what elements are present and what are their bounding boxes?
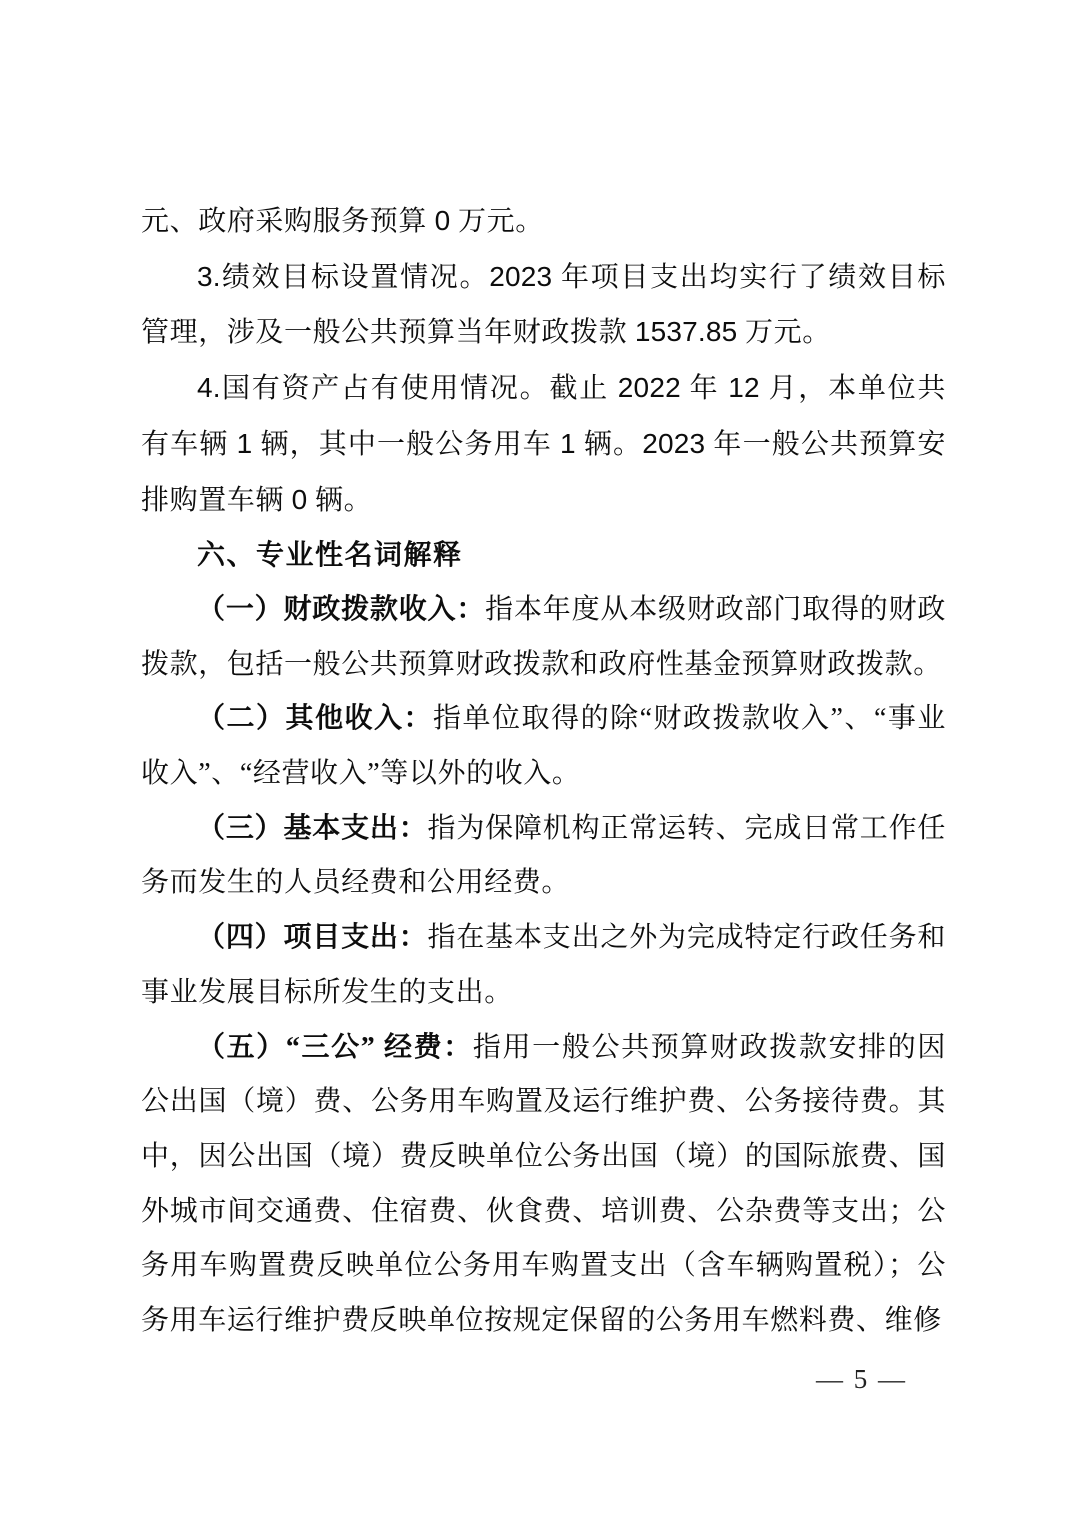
body-text: 元、政府采购服务预算 0 万元。 <box>141 206 544 237</box>
para-term-1-fiscal-appropriation-income: （一）财政拨款收入：指本年度从本级财政部门取得的财政拨款，包括一般公共预算财政拨… <box>141 583 946 692</box>
body-text: 4.国有资产占有使用情况。截止 2022 年 12 月，本单位共有车辆 1 辆，… <box>141 373 946 515</box>
numeric-text: 3. <box>197 261 221 292</box>
numeric-text: 4. <box>197 372 221 403</box>
numeric-text: 2023 <box>642 428 705 459</box>
numeric-text: 0 <box>435 205 451 236</box>
heading-section-six-terms: 六、专业性名词解释 <box>141 528 946 583</box>
term-label: （四）项目支出： <box>197 922 428 953</box>
para-4-state-assets: 4.国有资产占有使用情况。截止 2022 年 12 月，本单位共有车辆 1 辆，… <box>141 361 946 528</box>
para-term-5-three-public-funds: （五）“三公” 经费：指用一般公共预算财政拨款安排的因公出国（境）费、公务用车购… <box>141 1021 946 1349</box>
term-label: （一）财政拨款收入： <box>197 594 485 625</box>
document-page: 元、政府采购服务预算 0 万元。3.绩效目标设置情况。2023 年项目支出均实行… <box>0 0 1074 1520</box>
page-number: — 5 — <box>816 1364 907 1395</box>
term-label: （二）其他收入： <box>197 703 433 734</box>
para-term-4-project-expenditure: （四）项目支出：指在基本支出之外为完成特定行政任务和事业发展目标所发生的支出。 <box>141 911 946 1020</box>
term-label: （三）基本支出： <box>197 813 428 844</box>
para-term-2-other-income: （二）其他收入：指单位取得的除“财政拨款收入”、“事业收入”、“经营收入”等以外… <box>141 692 946 801</box>
body-text: 3.绩效目标设置情况。2023 年项目支出均实行了绩效目标管理，涉及一般公共预算… <box>141 262 946 349</box>
numeric-text: 1537.85 <box>635 316 738 347</box>
para-term-3-basic-expenditure: （三）基本支出：指为保障机构正常运转、完成日常工作任务而发生的人员经费和公用经费… <box>141 802 946 911</box>
term-label: （五）“三公” 经费： <box>197 1032 473 1063</box>
numeric-text: 0 <box>292 484 308 515</box>
body-text: 指用一般公共预算财政拨款安排的因公出国（境）费、公务用车购置及运行维护费、公务接… <box>141 1032 946 1337</box>
para-3-performance-targets: 3.绩效目标设置情况。2023 年项目支出均实行了绩效目标管理，涉及一般公共预算… <box>141 250 946 361</box>
document-body: 元、政府采购服务预算 0 万元。3.绩效目标设置情况。2023 年项目支出均实行… <box>141 194 946 1349</box>
numeric-text: 12 <box>728 372 760 403</box>
numeric-text: 2022 <box>618 372 681 403</box>
numeric-text: 1 <box>237 428 253 459</box>
para-procurement-continuation: 元、政府采购服务预算 0 万元。 <box>141 194 946 250</box>
numeric-text: 2023 <box>489 261 552 292</box>
numeric-text: 1 <box>560 428 576 459</box>
term-label: 六、专业性名词解释 <box>197 539 463 570</box>
